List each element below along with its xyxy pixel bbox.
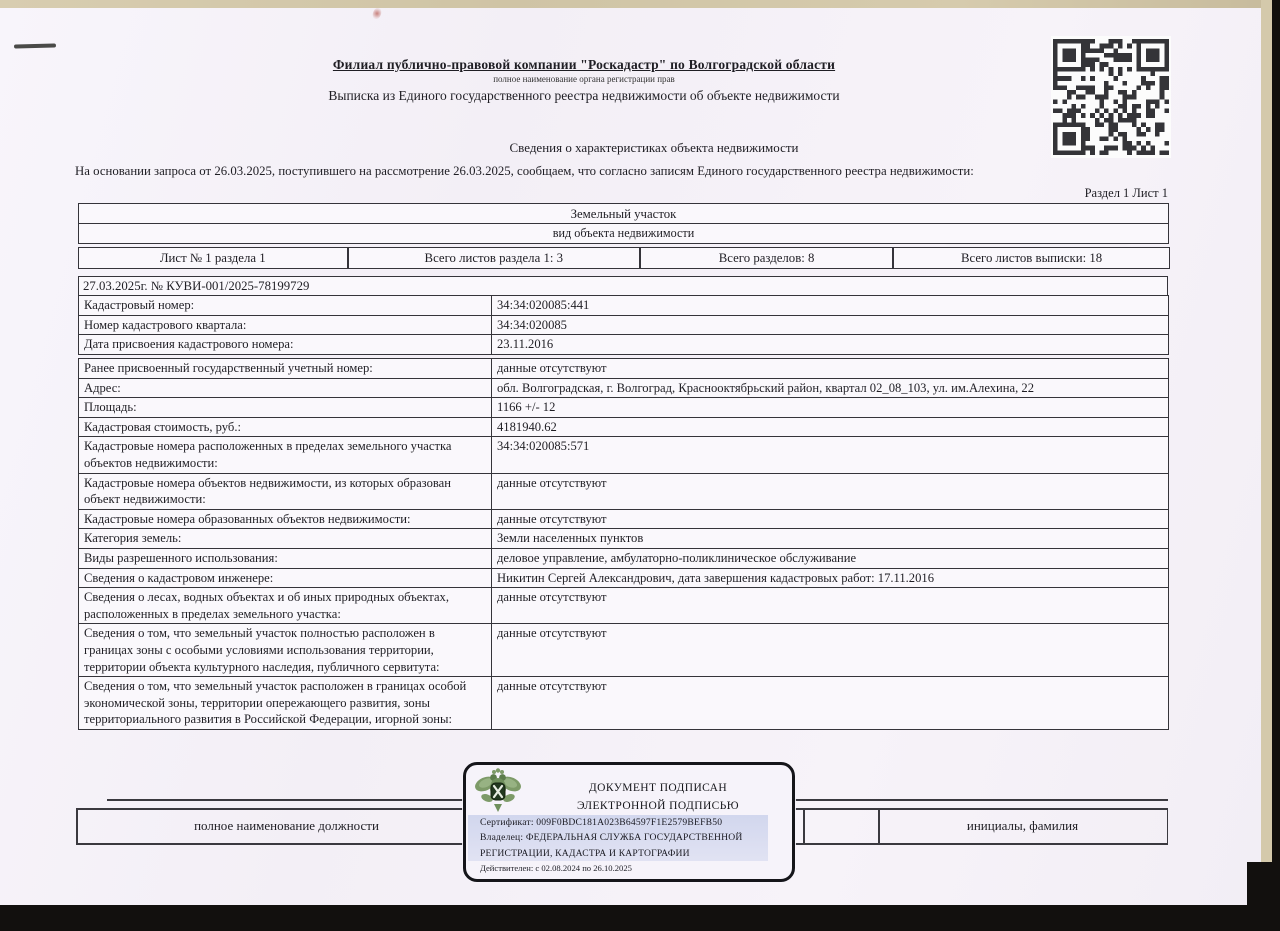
row-value: Никитин Сергей Александрович, дата завер… [492, 568, 1169, 588]
row-label: Сведения о том, что земельный участок по… [79, 624, 492, 677]
row-value: 34:34:020085:441 [492, 296, 1169, 316]
section-heading: Сведения о характеристиках объекта недви… [140, 140, 1168, 156]
table-row: Кадастровые номера образованных объектов… [79, 509, 1169, 529]
table-row: Площадь:1166 +/- 12 [79, 398, 1169, 418]
row-value: деловое управление, амбулаторно-поликлин… [492, 548, 1169, 568]
table-row: Сведения о том, что земельный участок по… [79, 624, 1169, 677]
row-label: Площадь: [79, 398, 492, 418]
table-row: Сведения о лесах, водных объектах и об и… [79, 588, 1169, 624]
table-row: Кадастровая стоимость, руб.:4181940.62 [79, 417, 1169, 437]
row-value: данные отсутствуют [492, 473, 1169, 509]
table-row: Сведения о кадастровом инженере:Никитин … [79, 568, 1169, 588]
row-label: Номер кадастрового квартала: [79, 315, 492, 335]
row-value: 23.11.2016 [492, 335, 1169, 355]
row-label: Виды разрешенного использования: [79, 548, 492, 568]
table-row: Дата присвоения кадастрового номера:23.1… [79, 335, 1169, 355]
row-value: обл. Волгоградская, г. Волгоград, Красно… [492, 378, 1169, 398]
attributes-table-main: Ранее присвоенный государственный учетны… [78, 358, 1169, 730]
table-row: Виды разрешенного использования:деловое … [79, 548, 1169, 568]
row-label: Кадастровые номера объектов недвижимости… [79, 473, 492, 509]
position-label: полное наименование должности [76, 810, 497, 842]
row-value: 34:34:020085 [492, 315, 1169, 335]
stamp-owner-line2: РЕГИСТРАЦИИ, КАДАСТРА И КАРТОГРАФИИ [480, 848, 690, 859]
row-label: Сведения о лесах, водных объектах и об и… [79, 588, 492, 624]
table-row: Номер кадастрового квартала:34:34:020085 [79, 315, 1169, 335]
table-row: Кадастровый номер:34:34:020085:441 [79, 296, 1169, 316]
row-value: данные отсутствуют [492, 624, 1169, 677]
org-caption: полное наименование органа регистрации п… [0, 74, 1168, 84]
table-row: Кадастровые номера объектов недвижимости… [79, 473, 1169, 509]
row-value: данные отсутствуют [492, 677, 1169, 730]
row-label: Категория земель: [79, 529, 492, 549]
row-value: данные отсутствуют [492, 509, 1169, 529]
scan-bed-corner [1247, 862, 1280, 931]
stamp-certificate: Сертификат: 009F0BDC181A023B64597F1E2579… [480, 817, 722, 828]
row-label: Сведения о кадастровом инженере: [79, 568, 492, 588]
attributes-table-top: Кадастровый номер:34:34:020085:441Номер … [78, 295, 1169, 355]
electronic-signature-stamp: ДОКУМЕНТ ПОДПИСАН ЭЛЕКТРОННОЙ ПОДПИСЬЮ С… [463, 762, 795, 882]
document-title: Выписка из Единого государственного реес… [0, 88, 1168, 104]
row-label: Ранее присвоенный государственный учетны… [79, 359, 492, 379]
stamp-title-line2: ЭЛЕКТРОННОЙ ПОДПИСЬЮ [530, 800, 786, 812]
total-sheets-cell: Всего листов выписки: 18 [893, 247, 1170, 269]
row-label: Адрес: [79, 378, 492, 398]
table-row: Адрес:обл. Волгоградская, г. Волгоград, … [79, 378, 1169, 398]
qr-code-icon [1051, 36, 1171, 158]
rosreestr-eagle-emblem-icon [474, 768, 522, 822]
row-label: Кадастровые номера расположенных в преде… [79, 437, 492, 473]
row-label: Кадастровые номера образованных объектов… [79, 509, 492, 529]
scan-bed-bottom [0, 905, 1280, 931]
scan-bed-right [1272, 0, 1280, 931]
stamp-title-line1: ДОКУМЕНТ ПОДПИСАН [530, 782, 786, 794]
row-label: Сведения о том, что земельный участок ра… [79, 677, 492, 730]
intro-paragraph: На основании запроса от 26.03.2025, пост… [75, 164, 1175, 179]
row-value: данные отсутствуют [492, 588, 1169, 624]
table-row: Кадастровые номера расположенных в преде… [79, 437, 1169, 473]
initials-label: инициалы, фамилия [878, 810, 1167, 842]
row-value: 4181940.62 [492, 417, 1169, 437]
row-value: 34:34:020085:571 [492, 437, 1169, 473]
sheet-info-row: Лист № 1 раздела 1 Всего листов раздела … [78, 247, 1170, 269]
row-label: Кадастровая стоимость, руб.: [79, 417, 492, 437]
row-value: данные отсутствуют [492, 359, 1169, 379]
section-sheets-cell: Всего листов раздела 1: 3 [348, 247, 640, 269]
row-value: 1166 +/- 12 [492, 398, 1169, 418]
signature-row-divider-1 [803, 808, 805, 844]
object-type-caption-cell: вид объекта недвижимости [78, 223, 1169, 244]
sheet-number-cell: Лист № 1 раздела 1 [78, 247, 348, 269]
scan-edge-top [0, 0, 1280, 8]
org-title: Филиал публично-правовой компании "Роска… [0, 57, 1168, 73]
table-row: Ранее присвоенный государственный учетны… [79, 359, 1169, 379]
table-row: Категория земель:Земли населенных пункто… [79, 529, 1169, 549]
stamp-owner-line1: Владелец: ФЕДЕРАЛЬНАЯ СЛУЖБА ГОСУДАРСТВЕ… [480, 832, 743, 843]
row-value: Земли населенных пунктов [492, 529, 1169, 549]
table-row: Сведения о том, что земельный участок ра… [79, 677, 1169, 730]
section-page-label: Раздел 1 Лист 1 [878, 186, 1168, 201]
request-reference: 27.03.2025г. № КУВИ-001/2025-78199729 [78, 276, 1168, 296]
stamp-validity: Действителен: с 02.08.2024 по 26.10.2025 [480, 863, 632, 873]
row-label: Кадастровый номер: [79, 296, 492, 316]
row-label: Дата присвоения кадастрового номера: [79, 335, 492, 355]
total-sections-cell: Всего разделов: 8 [640, 247, 893, 269]
